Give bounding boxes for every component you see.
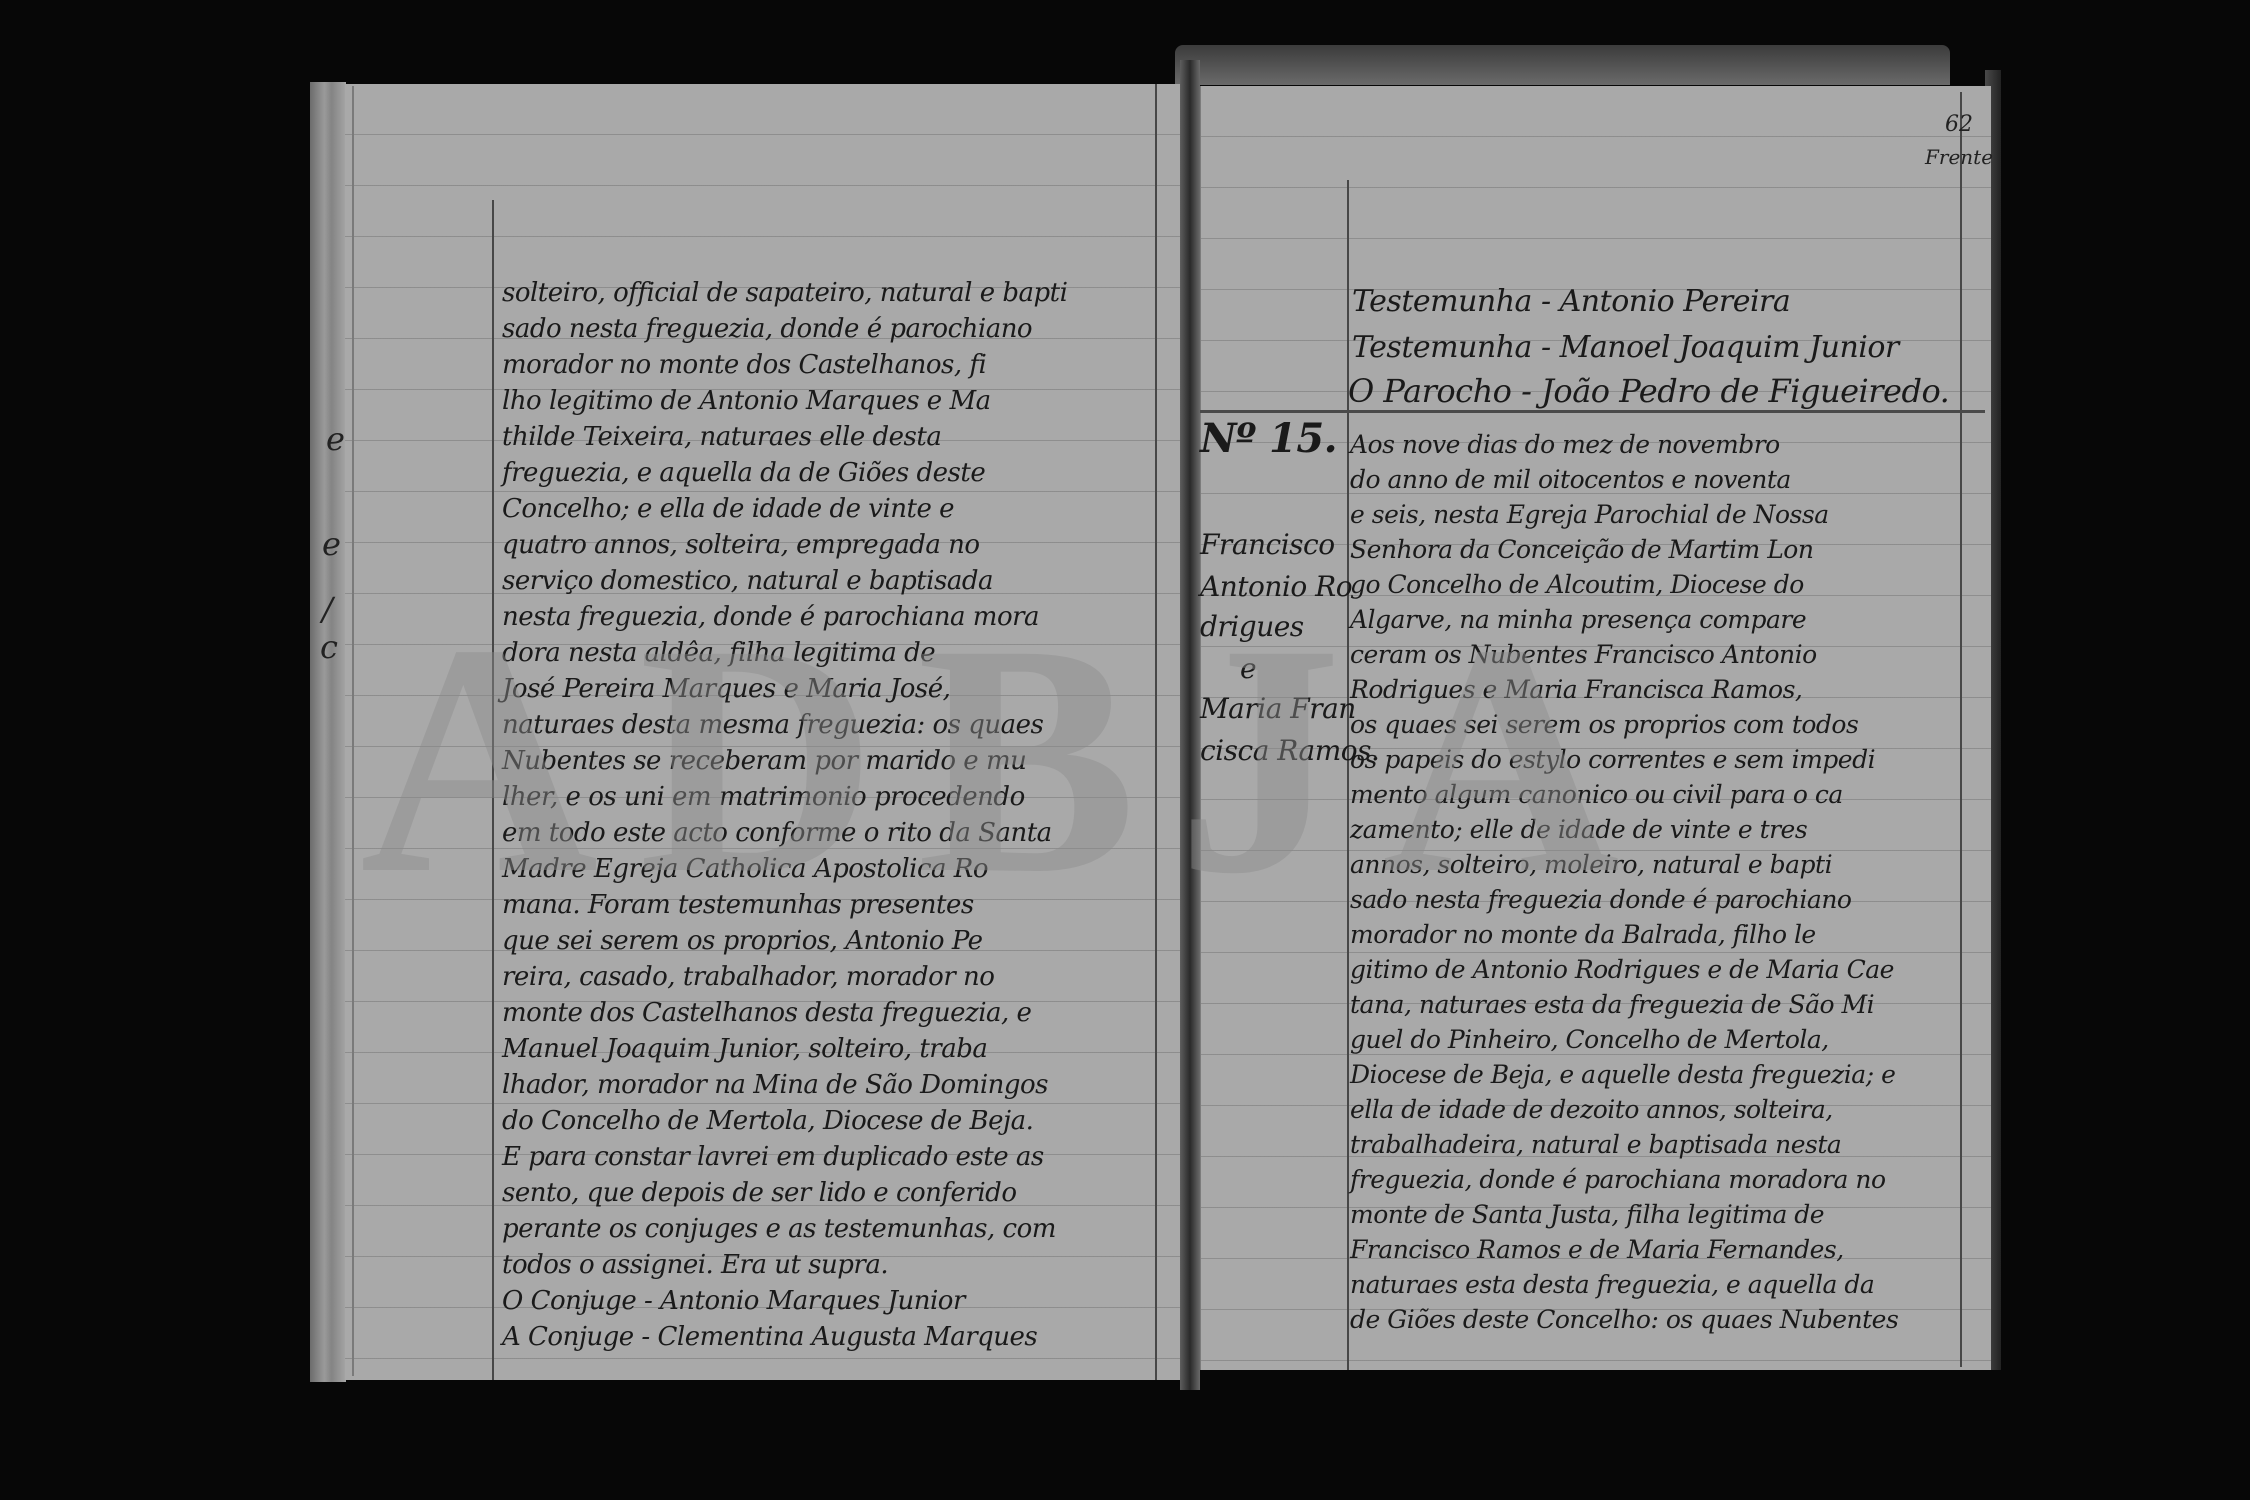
text-line: perante os conjuges e as testemunhas, co… <box>502 1212 1056 1246</box>
text-line: freguezia, e aquella da de Giões deste <box>502 456 985 490</box>
text-line: lher, e os uni em matrimonio procedendo <box>502 780 1025 814</box>
text-line: monte de Santa Justa, filha legitima de <box>1350 1198 1824 1232</box>
page-edges-stack <box>310 82 346 1382</box>
text-line: reira, casado, trabalhador, morador no <box>502 960 994 994</box>
text-line: Nubentes se receberam por marido e mu <box>502 744 1026 778</box>
text-line: gitimo de Antonio Rodrigues e de Maria C… <box>1350 953 1894 987</box>
text-line: naturaes desta mesma freguezia: os quaes <box>502 708 1043 742</box>
text-line: A Conjuge - Clementina Augusta Marques <box>502 1320 1037 1354</box>
text-line: Rodrigues e Maria Francisca Ramos, <box>1350 673 1802 707</box>
text-line: sado nesta freguezia, donde é parochiano <box>502 312 1032 346</box>
left-right-margin-rule <box>1155 84 1157 1380</box>
text-line: mana. Foram testemunhas presentes <box>502 888 974 922</box>
margin-mark: / <box>322 590 333 628</box>
text-line: Madre Egreja Catholica Apostolica Ro <box>502 852 988 886</box>
text-line: Francisco Ramos e de Maria Fernandes, <box>1350 1233 1844 1267</box>
text-line: annos, solteiro, moleiro, natural e bapt… <box>1350 848 1832 882</box>
text-line: thilde Teixeira, naturaes elle desta <box>502 420 941 454</box>
margin-mark: e <box>322 525 341 563</box>
text-line: naturaes esta desta freguezia, e aquella… <box>1350 1268 1874 1302</box>
left-page-edge-rule <box>352 86 354 1376</box>
text-line: morador no monte da Balrada, filho le <box>1350 918 1816 952</box>
text-line: de Giões deste Concelho: os quaes Nubent… <box>1350 1303 1898 1337</box>
text-line: ella de idade de dezoito annos, solteira… <box>1350 1093 1833 1127</box>
text-line: zamento; elle de idade de vinte e tres <box>1350 813 1807 847</box>
text-line: quatro annos, solteira, empregada no <box>502 528 980 562</box>
text-line: Concelho; e ella de idade de vinte e <box>502 492 954 526</box>
text-line: tana, naturaes esta da freguezia de São … <box>1350 988 1874 1022</box>
entry-separator-rule <box>1200 410 1985 413</box>
text-line: serviço domestico, natural e baptisada <box>502 564 993 598</box>
text-line: José Pereira Marques e Maria José, <box>502 672 950 706</box>
book-cover-top-edge <box>1175 45 1950 85</box>
parish-priest-signature: O Parocho - João Pedro de Figueiredo. <box>1348 372 1949 410</box>
text-line: que sei serem os proprios, Antonio Pe <box>502 924 983 958</box>
margin-mark: c <box>320 628 338 666</box>
text-line: e seis, nesta Egreja Parochial de Nossa <box>1350 498 1829 532</box>
witness-signature-2: Testemunha - Manoel Joaquim Junior <box>1352 330 1899 365</box>
witness-signature-1: Testemunha - Antonio Pereira <box>1352 284 1790 319</box>
text-line: dora nesta aldêa, filha legitima de <box>502 636 935 670</box>
text-line: monte dos Castelhanos desta freguezia, e <box>502 996 1031 1030</box>
folio-note: Frente <box>1925 145 1993 169</box>
text-line: trabalhadeira, natural e baptisada nesta <box>1350 1128 1841 1162</box>
right-outer-rule <box>1960 92 1962 1367</box>
text-line: Aos nove dias do mez de novembro <box>1350 428 1780 462</box>
text-line: go Concelho de Alcoutim, Diocese do <box>1350 568 1804 602</box>
text-line: solteiro, official de sapateiro, natural… <box>502 276 1067 310</box>
text-line: Manuel Joaquim Junior, solteiro, traba <box>502 1032 987 1066</box>
text-line: do Concelho de Mertola, Diocese de Beja. <box>502 1104 1033 1138</box>
book-gutter <box>1180 60 1200 1390</box>
entry-number: Nº 15. <box>1200 415 1337 462</box>
text-line: Algarve, na minha presença compare <box>1350 603 1806 637</box>
text-line: morador no monte dos Castelhanos, fi <box>502 348 986 382</box>
text-line: E para constar lavrei em duplicado este … <box>502 1140 1044 1174</box>
margin-mark: e <box>326 420 345 458</box>
text-line: lho legitimo de Antonio Marques e Ma <box>502 384 991 418</box>
text-line: lhador, morador na Mina de São Domingos <box>502 1068 1048 1102</box>
text-line: os papeis do estylo correntes e sem impe… <box>1350 743 1875 777</box>
text-line: Diocese de Beja, e aquelle desta freguez… <box>1350 1058 1895 1092</box>
left-margin-rule <box>492 200 494 1380</box>
text-line: sado nesta freguezia donde é parochiano <box>1350 883 1851 917</box>
folio-number: 62 <box>1945 112 1973 137</box>
text-line: nesta freguezia, donde é parochiana mora <box>502 600 1039 634</box>
text-line: ceram os Nubentes Francisco Antonio <box>1350 638 1817 672</box>
text-line: em todo este acto conforme o rito da San… <box>502 816 1052 850</box>
text-line: mento algum canonico ou civil para o ca <box>1350 778 1843 812</box>
text-line: freguezia, donde é parochiana moradora n… <box>1350 1163 1886 1197</box>
text-line: sento, que depois de ser lido e conferid… <box>502 1176 1016 1210</box>
text-line: todos o assignei. Era ut supra. <box>502 1248 888 1282</box>
text-line: guel do Pinheiro, Concelho de Mertola, <box>1350 1023 1829 1057</box>
text-line: O Conjuge - Antonio Marques Junior <box>502 1284 965 1318</box>
text-line: Senhora da Conceição de Martim Lon <box>1350 533 1813 567</box>
text-line: os quaes sei serem os proprios com todos <box>1350 708 1858 742</box>
text-line: do anno de mil oitocentos e noventa <box>1350 463 1791 497</box>
